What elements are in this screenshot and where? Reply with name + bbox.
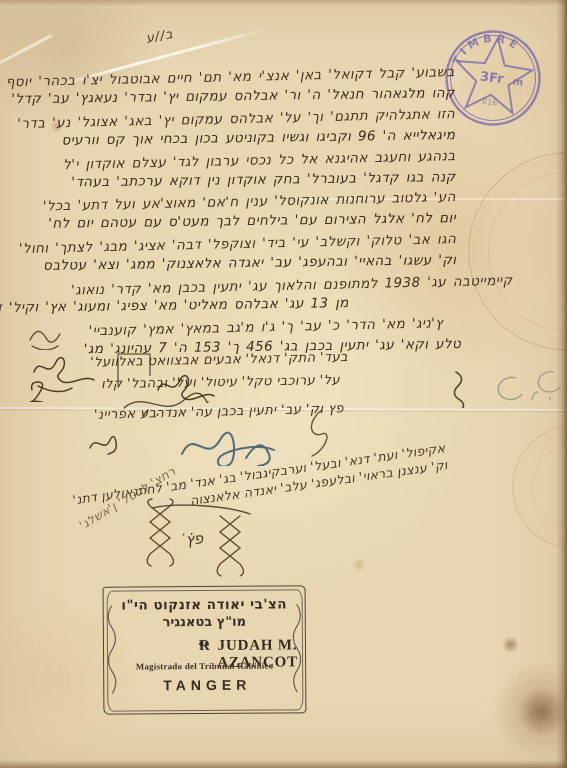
cachet-latin-name: Rdo JUDAH M. AZANCOT: [104, 637, 305, 657]
scan-edge: [0, 0, 567, 6]
frame-ornament: [105, 606, 118, 694]
signature-paraph-blue: [176, 424, 291, 466]
foxing-spot: [502, 636, 519, 653]
cachet-city: TANGER: [104, 676, 305, 693]
scan-edge: [0, 760, 567, 768]
stamp-side-letter: m: [512, 76, 524, 88]
stamp-lower-text: 816: [482, 97, 498, 108]
signature-paraph: [84, 430, 122, 458]
manuscript-closing-line: פץ וק' עב' יתעין בכבן עה' אנדרבע אפריינ': [138, 401, 344, 421]
latin-name-main: JUDAH M. AZANCOT: [210, 637, 305, 672]
corner-note: רחצ' לבטל' ן'אשלג': [21, 464, 178, 566]
magistrate-cachet: הצ'בי יאודה אזנקוט הי"ו מו"ץ בטאנגיר Rdo…: [103, 585, 307, 714]
cachet-hebrew-name: הצ'בי יאודה אזנקוט הי"ו: [104, 596, 305, 613]
foxing-spot: [352, 558, 366, 572]
document-scan-page: ב//ע TIMBRE 3Fr m 816 בשבוע' קבל דקואל' …: [0, 0, 567, 768]
scan-edge: [556, 0, 567, 768]
pencil-mark: [486, 372, 528, 406]
margin-mark: [434, 364, 468, 408]
stamp-value: 3Fr: [479, 69, 505, 87]
latin-name-r: R: [199, 638, 211, 655]
manuscript-body: בשבוע' קבל דקואל' באן' אנצ'י מא' תם' חיי…: [19, 62, 458, 358]
manuscript-closing-line: על' ערוכבי טקל' עיטול' ועל' ובהבל' קלו: [106, 373, 340, 392]
manuscript-closing-line: בעד' התק' דנאל' אבעים אבצוואט באלוועל': [148, 350, 348, 369]
manuscript-line: מן 13 עג' אבלהס מאליט' מא' צפיג' ומעוג' …: [21, 293, 349, 318]
paper-crease: [0, 34, 52, 65]
embossed-seal: [468, 152, 567, 351]
header-invocation-mark: ב//ע: [145, 26, 175, 46]
cachet-hebrew-title: מו"ץ בטאנגיר: [104, 614, 305, 630]
lattice-paraph-label: פ̇ץ̇: [182, 529, 205, 549]
